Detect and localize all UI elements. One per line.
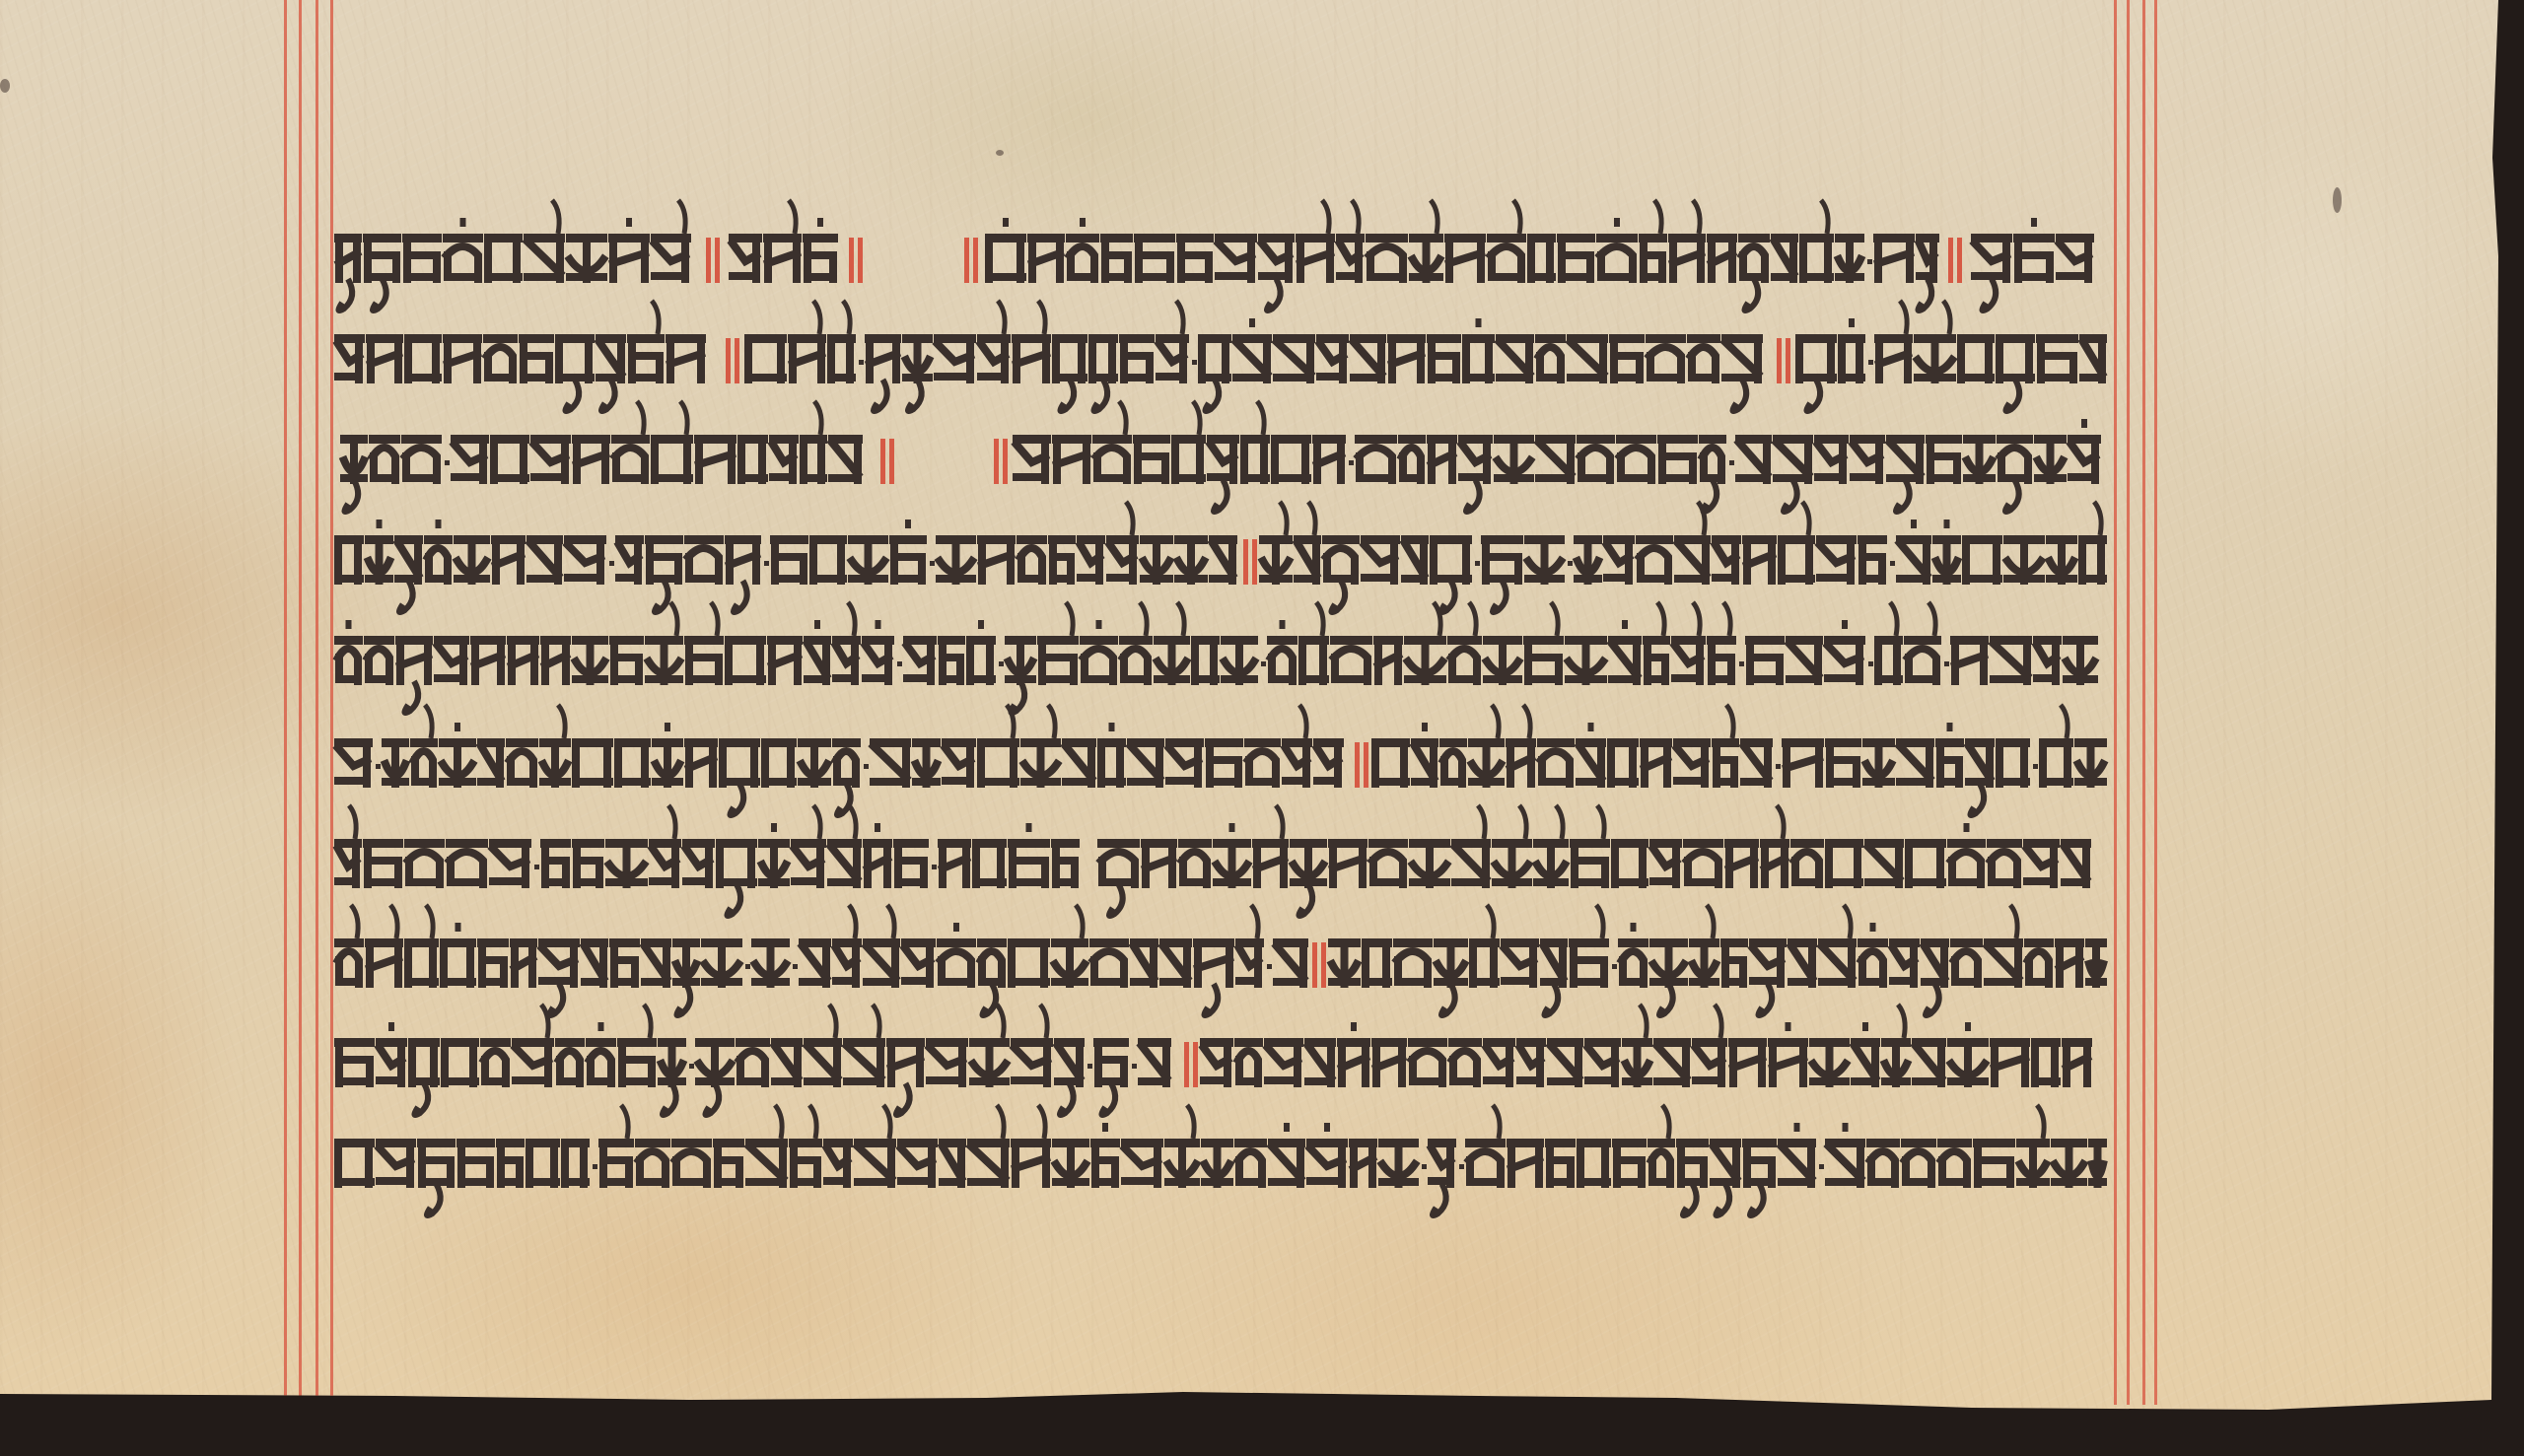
manuscript-photo bbox=[0, 0, 2524, 1456]
manuscript-line-10 bbox=[0, 0, 2524, 1456]
text-segment bbox=[334, 1105, 2107, 1215]
manuscript-text-block bbox=[0, 0, 2524, 1456]
manuscript-folio bbox=[0, 0, 2498, 1410]
